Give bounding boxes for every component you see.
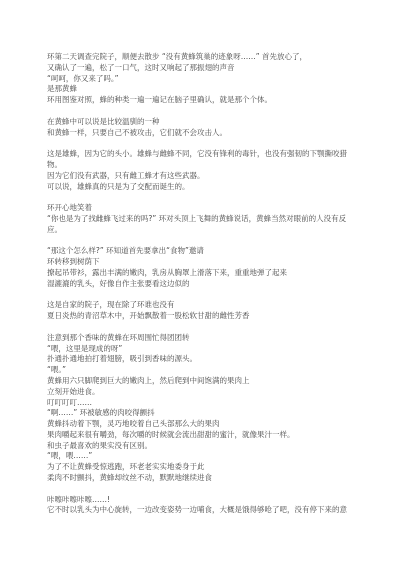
text-line: 黄蜂用六只脚爬到巨大的嫩肉上，然后爬到中间饱满的果肉上	[47, 376, 357, 387]
text-line: 和黄蜂一样，只要自己不被攻击，它们就不会攻击人。	[47, 128, 357, 139]
text-line: 这是雄蜂，因为它的头小。雄蜂与雌蜂不同，它没有锋利的毒针，也没有强韧的下颚撕咬猎…	[47, 149, 357, 171]
text-line: “那这个怎么样?” 环知道首先要拿出“食物”邀请	[47, 246, 357, 257]
text-line: 黄蜂抖动着下颚，灵巧地咬着自己头部那么大的果肉	[47, 419, 357, 430]
text-line: 湿漉漉的乳头，好像自作主张要看这边似的	[47, 279, 357, 290]
text-line: 为了不让黄蜂受惊逃跑，环老老实实地委身于此	[47, 462, 357, 473]
text-line: “喂，喂……”	[47, 451, 357, 462]
text-line: “啊……” 环被敏感的肉咬得颤抖	[47, 408, 357, 419]
text-line: “喂，这里是现成的呀”	[47, 344, 357, 355]
paragraph: 这是自家的院子，现在除了环谁也没有夏日炎热的青沼草木中，开始飘散着一股松软甘甜的…	[47, 300, 357, 322]
paragraph: 在黄蜂中可以说是比较温驯的一种和黄蜂一样，只要自己不被攻击，它们就不会攻击人。	[47, 117, 357, 139]
text-line: 环用图鉴对照，蜂的种类一遍一遍记在脑子里确认，就是那个个体。	[47, 95, 357, 106]
paragraph: 注意到那个香味的黄蜂在环周围忙得团团转“喂，这里是现成的呀”扑通扑通地拍打着翅膀…	[47, 333, 357, 484]
text-line: 和虫子最喜欢的果实没有区别。	[47, 441, 357, 452]
text-line: 可以说，雄蜂真的只是为了交配而诞生的。	[47, 182, 357, 193]
text-line: 撩起吊带衫，露出丰满的嫩肉，乳房从胸罩上滑落下来，重重地弹了起来	[47, 268, 357, 279]
paragraph: “那这个怎么样?” 环知道首先要拿出“食物”邀请环转移到树荫下撩起吊带衫，露出丰…	[47, 246, 357, 289]
text-line: 在黄蜂中可以说是比较温驯的一种	[47, 117, 357, 128]
paragraph: 环第二天调查完院子，顺便去散步 “没有黄蜂筑巢的迹象呀……” 首先放心了，又确认…	[47, 52, 357, 106]
text-line: “你也是为了找雌蜂飞过来的吗?” 环对头顶上飞舞的黄蜂说话，黄蜂当然对眼前的人没…	[47, 214, 357, 236]
paragraph: 咔嚓咔嚓咔嚓……!它不时以乳头为中心旋转，一边改变姿势一边哺食，大概是饿得够呛了…	[47, 495, 357, 517]
text-line: 扑通扑通地拍打着翅膀，吸引到香味的源头。	[47, 354, 357, 365]
text-line: 环第二天调查完院子，顺便去散步 “没有黄蜂筑巢的迹象呀……” 首先放心了，	[47, 52, 357, 63]
paragraph: 环开心地笑着“你也是为了找雌蜂飞过来的吗?” 环对头顶上飞舞的黄蜂说话，黄蜂当然…	[47, 203, 357, 235]
novel-text-content: 环第二天调查完院子，顺便去散步 “没有黄蜂筑巢的迹象呀……” 首先放心了，又确认…	[47, 52, 357, 527]
text-line: 又确认了一遍，松了一口气，这时又响起了那振翅的声音	[47, 63, 357, 74]
text-line: 果肉嚼起来很有嚼劲，每次嚼的时候就会流出甜甜的蜜汁，就像果汁一样。	[47, 430, 357, 441]
text-line: 叮叮叮叮……	[47, 398, 357, 409]
text-line: “喂。”	[47, 365, 357, 376]
text-line: 立刻开始进食。	[47, 387, 357, 398]
text-line: 夏日炎热的青沼草木中，开始飘散着一股松软甘甜的雌性芳香	[47, 311, 357, 322]
text-line: 是那黄蜂	[47, 84, 357, 95]
text-line: 这是自家的院子，现在除了环谁也没有	[47, 300, 357, 311]
text-line: 注意到那个香味的黄蜂在环周围忙得团团转	[47, 333, 357, 344]
text-line: 它不时以乳头为中心旋转，一边改变姿势一边哺食，大概是饿得够呛了吧，没有停下来的意	[47, 505, 357, 516]
text-line: 环转移到树荫下	[47, 257, 357, 268]
text-line: 咔嚓咔嚓咔嚓……!	[47, 495, 357, 506]
text-line: 环开心地笑着	[47, 203, 357, 214]
text-line: “呵呵，你又来了吗。”	[47, 74, 357, 85]
paragraph: 这是雄蜂，因为它的头小。雄蜂与雌蜂不同，它没有锋利的毒针，也没有强韧的下颚撕咬猎…	[47, 149, 357, 192]
text-line: 因为它们没有武器，只有雌工蜂才有这些武器。	[47, 171, 357, 182]
document-page: 环第二天调查完院子，顺便去散步 “没有黄蜂筑巢的迹象呀……” 首先放心了，又确认…	[0, 0, 399, 565]
text-line: 柔肉不时颤抖，黄蜂却纹丝不动，默默地继续进食	[47, 473, 357, 484]
